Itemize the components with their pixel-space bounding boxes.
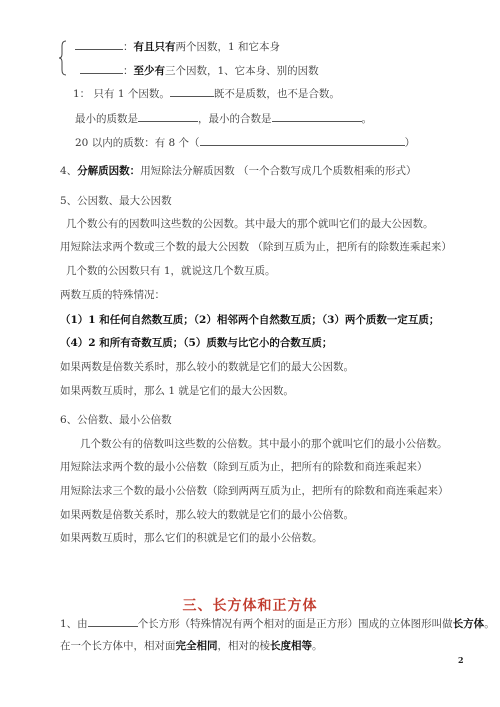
text: 1： 只有 1 个因数。 [73,88,170,100]
text: 既不是质数，也不是合数。 [214,88,340,100]
paragraph: 用短除法求两个数或三个数的最大公因数 （除到互质为止，把所有的除数连乘起来） [60,240,452,254]
bold-text: 分解质因数： [77,165,140,177]
text: ） [405,137,416,149]
paragraph: 几个数的公因数只有 1，就说这几个数互质。 [66,264,276,278]
paragraph: 几个数公有的因数叫这些数的公因数。其中最大的那个就叫它们的最大公因数。 [66,217,434,231]
bold-text: 长度相等 [270,640,312,652]
text: 。 [312,640,323,652]
separator: ： [123,41,134,53]
text: 三个因数，1、它本身、别的因数 [165,65,319,77]
answer-blank[interactable] [80,63,123,74]
paragraph: 如果两数是倍数关系时，那么较大的数就是它们的最小公倍数。 [60,508,354,522]
coprime-cases-1: （1）1 和任何自然数互质；（2）相邻两个自然数互质；（3）两个质数一定互质； [60,313,439,327]
chapter-3-title: 三、长方体和正方体 [0,595,500,615]
bold-text: 有且只有 [134,41,176,53]
paragraph: 用短除法求两个数的最小公倍数（除到互质为止，把所有的除数和商连乘起来） [60,460,428,474]
paragraph: 如果两数互质时，那么它们的积就是它们的最小公倍数。 [60,531,323,545]
left-brace-icon [58,40,68,76]
composite-definition-row: ：至少有三个因数，1、它本身、别的因数 [80,63,319,78]
one-factor-line: 1： 只有 1 个因数。既不是质数，也不是合数。 [73,86,340,101]
answer-blank[interactable] [75,39,123,50]
cuboid-definition-line: 1、由个长方形（特殊情况有两个相对的面是正方形）围成的立体图形叫做长方体。 [60,616,495,631]
answer-blank[interactable] [272,111,362,122]
paragraph: 几个数公有的倍数叫这些数的公倍数。其中最小的那个就叫它们的最小公倍数。 [80,437,448,451]
paragraph: 两数互质的特殊情况： [60,288,165,302]
answer-blank[interactable] [170,86,214,97]
text: 。 [484,618,495,630]
smallest-numbers-line: 最小的质数是，最小的合数是。 [75,111,372,126]
bold-text: 完全相同 [176,640,218,652]
cuboid-property-line: 在一个长方体中，相对面完全相同，相对的棱长度相等。 [60,639,323,653]
text: ，相对的棱 [218,640,271,652]
prime-definition-row: ：有且只有两个因数，1 和它本身 [75,39,280,54]
section-4-heading: 4、分解质因数：用短除法分解质因数 （一个合数写成几个质数相乘的形式） [60,164,417,178]
bold-text: 长方体 [453,618,485,630]
paragraph: 用短除法求三个数的最小公倍数（除到两两互质为止，把所有的除数和商连乘起来） [60,484,449,498]
text: 用短除法分解质因数 （一个合数写成几个质数相乘的形式） [140,165,416,177]
text: ，最小的合数是 [198,113,272,125]
text: 4、 [60,165,77,177]
text: 最小的质数是 [75,113,138,125]
text: 两个因数，1 和它本身 [176,41,281,53]
answer-blank[interactable] [200,135,405,146]
primes-under-20-line: 20 以内的质数：有 8 个（） [75,135,415,150]
text: 。 [362,113,373,125]
text: 20 以内的质数：有 8 个（ [75,137,200,149]
paragraph: 如果两数互质时，那么 1 就是它们的最大公因数。 [60,384,294,398]
text: 在一个长方体中，相对面 [60,640,176,652]
text: 个长方形（特殊情况有两个相对的面是正方形）围成的立体图形叫做 [138,618,453,630]
section-5-heading: 5、公因数、最大公因数 [60,194,172,208]
paragraph: 如果两数是倍数关系时，那么较小的数就是它们的最大公因数。 [60,360,354,374]
answer-blank[interactable] [138,111,198,122]
text: 1、由 [60,618,88,630]
page-number: 2 [458,655,464,665]
coprime-cases-2: （4）2 和所有奇数互质；（5）质数与比它小的合数互质； [60,336,332,350]
answer-blank[interactable] [88,616,138,627]
separator: ： [123,65,134,77]
bold-text: 至少有 [134,65,166,77]
section-6-heading: 6、公倍数、最小公倍数 [60,413,172,427]
